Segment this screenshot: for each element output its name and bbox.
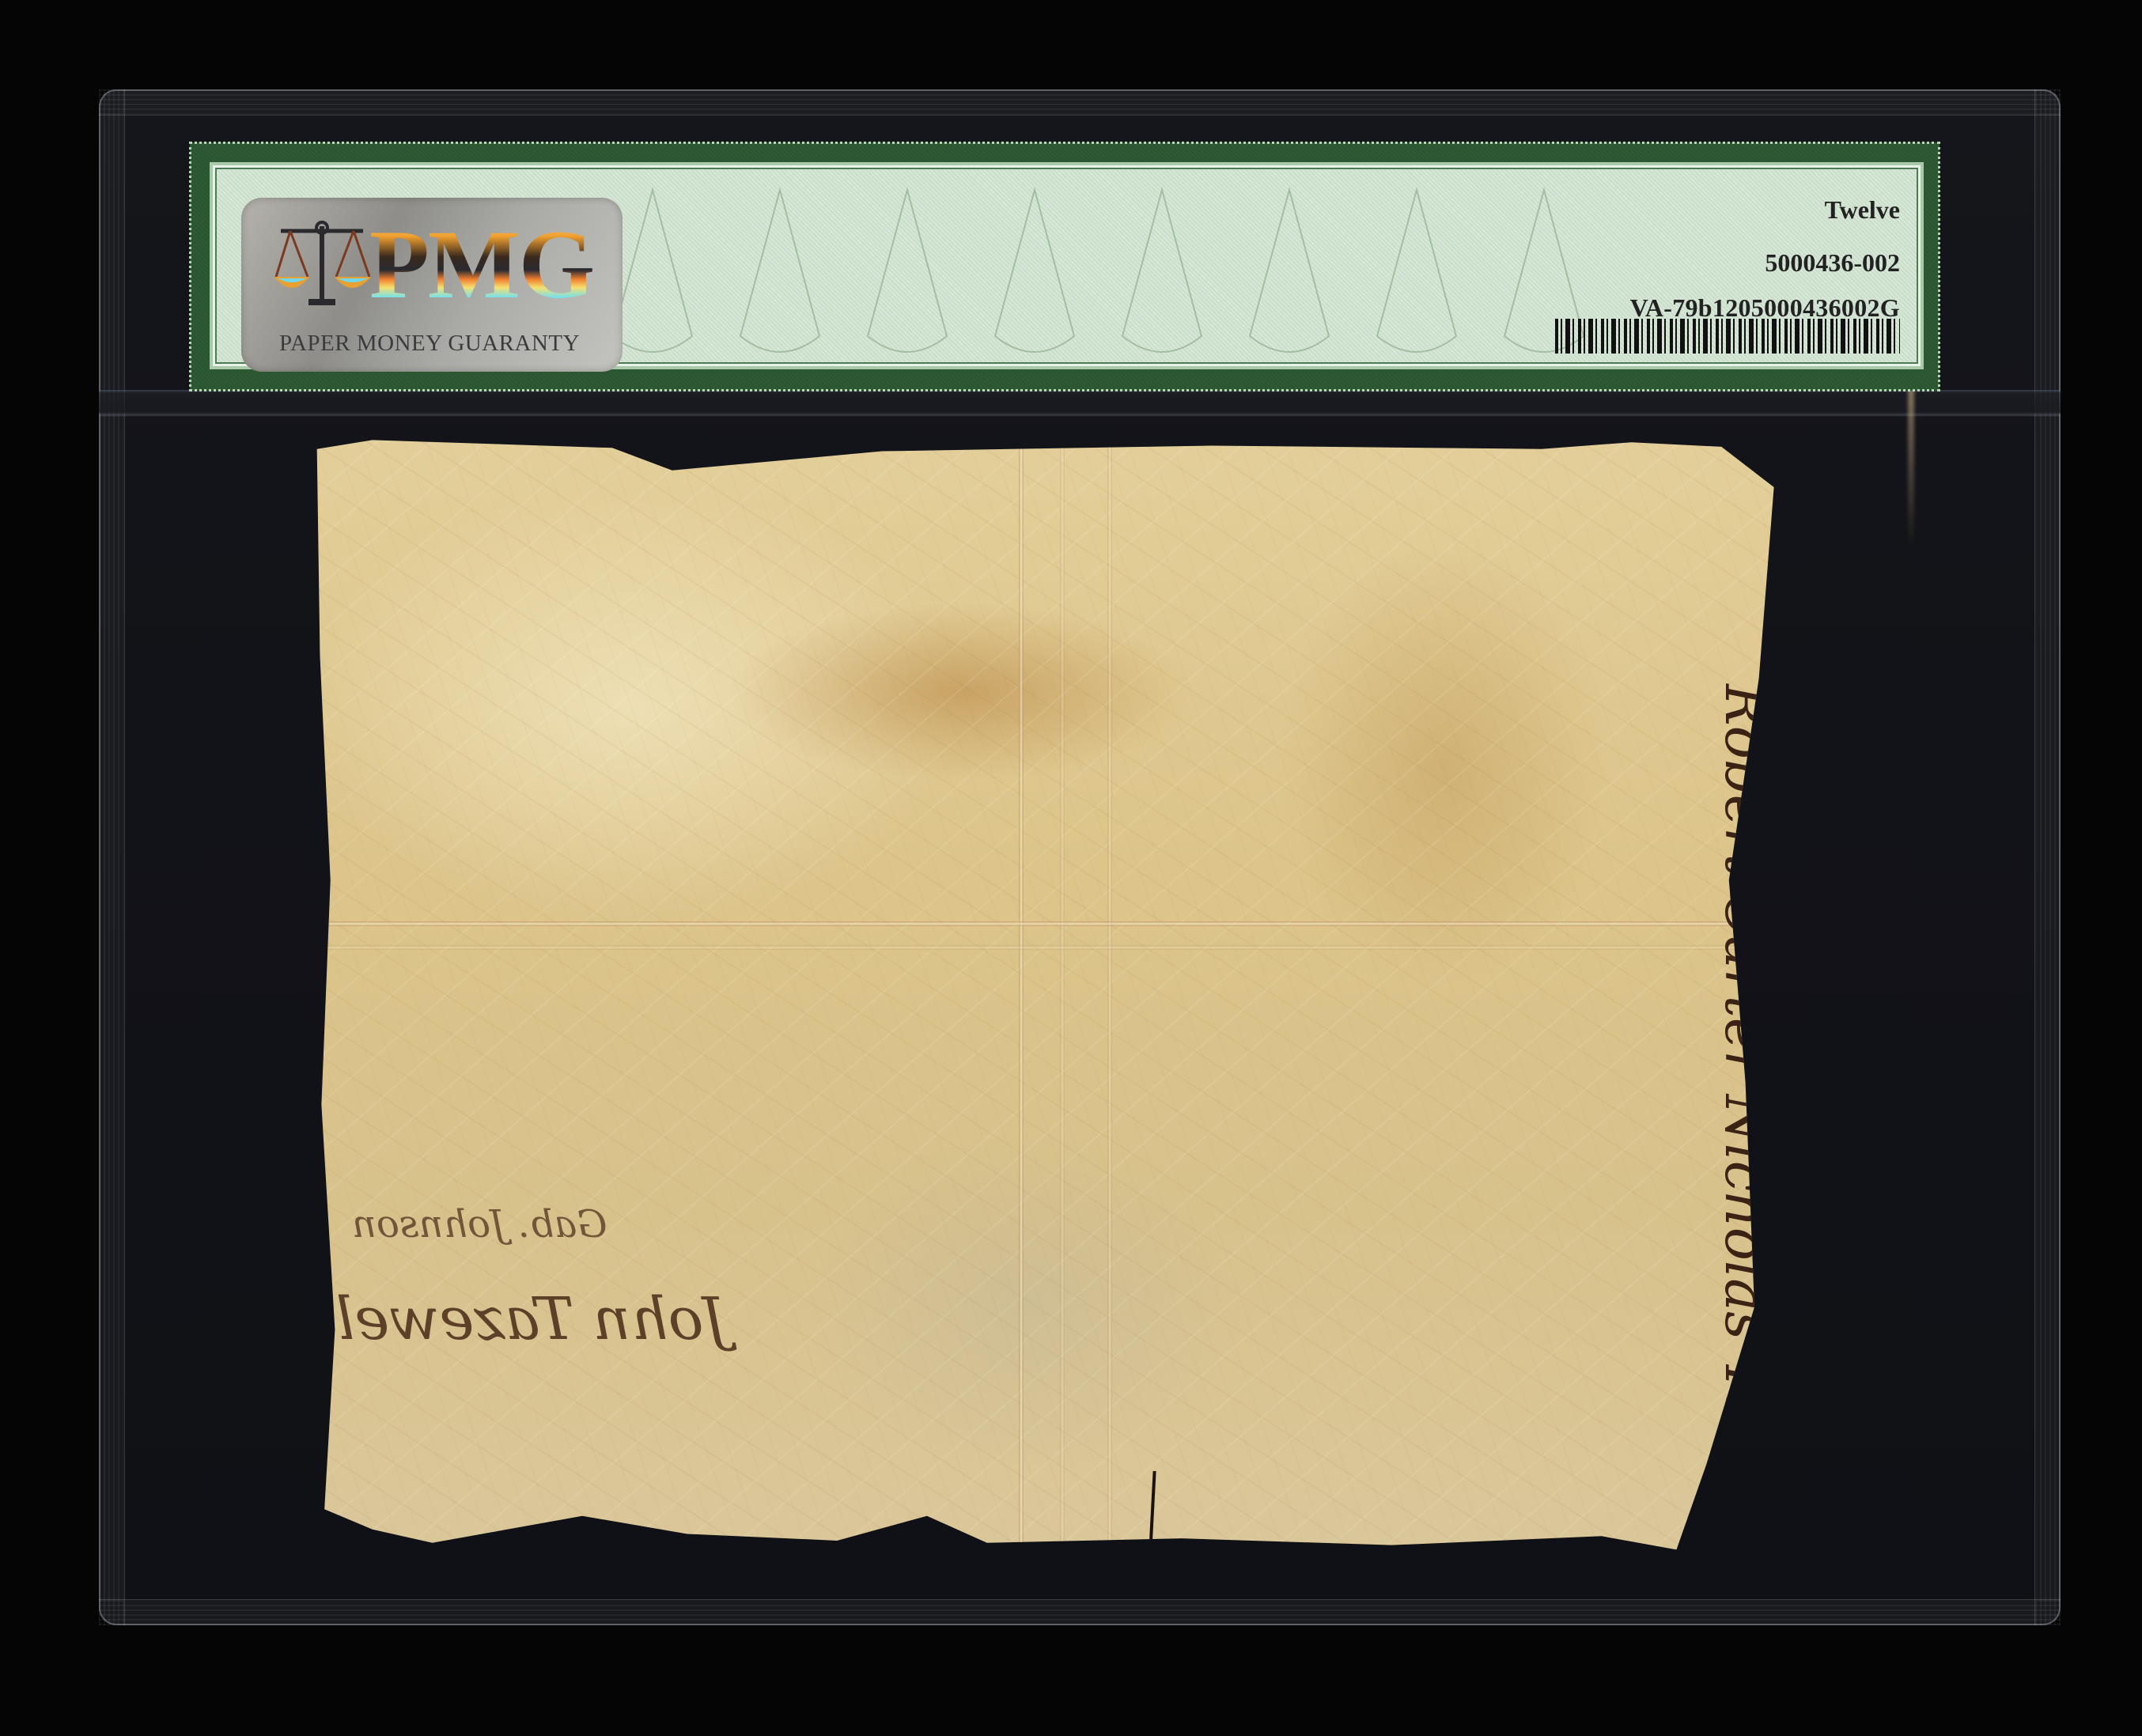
label-details: Twelve 5000436-002 VA-79b1205000436002G — [1630, 194, 1900, 323]
holder-edge-left — [99, 89, 125, 1625]
horizontal-fold — [312, 945, 1811, 950]
signature-bleedthrough-lower: John Tazewell — [317, 1285, 727, 1353]
signature-bleedthrough-upper: Gab. Johnson — [352, 1202, 607, 1246]
holder-slot-ridge — [99, 390, 2061, 417]
pmg-logo: PMG PAPER MONEY GUARANTY — [241, 198, 623, 372]
scales-of-justice-icon — [273, 220, 372, 311]
label-panel: PMG PAPER MONEY GUARANTY Twelve 5000436-… — [210, 162, 1924, 369]
grading-label: PMG PAPER MONEY GUARANTY Twelve 5000436-… — [190, 142, 1940, 391]
scale-pan-watermark-icon — [987, 186, 1082, 368]
vertical-fold — [1019, 431, 1024, 1554]
scale-pan-watermark-icon — [1242, 186, 1337, 368]
holder-edge-right — [2034, 89, 2061, 1625]
scale-pan-watermark-icon — [1115, 186, 1209, 368]
holder-edge-top — [99, 89, 2061, 115]
vertical-fold — [1107, 431, 1112, 1554]
label-watermark — [605, 186, 1591, 354]
vertical-fold — [1060, 431, 1065, 1554]
pmg-tagline: PAPER MONEY GUARANTY — [279, 331, 596, 357]
scale-pan-watermark-icon — [860, 186, 955, 368]
scale-pan-watermark-icon — [732, 186, 827, 368]
banknote: Gab. Johnson John Tazewell Robert Carter… — [312, 431, 1811, 1554]
certification-number: 5000436-002 — [1630, 247, 1900, 278]
barcode-icon — [1555, 319, 1900, 354]
holder-edge-bottom — [99, 1599, 2061, 1625]
horizontal-fold — [312, 921, 1811, 926]
pmg-logo-text: PMG — [369, 214, 593, 316]
scale-pan-watermark-icon — [1369, 186, 1464, 368]
denomination: Twelve — [1630, 194, 1900, 225]
